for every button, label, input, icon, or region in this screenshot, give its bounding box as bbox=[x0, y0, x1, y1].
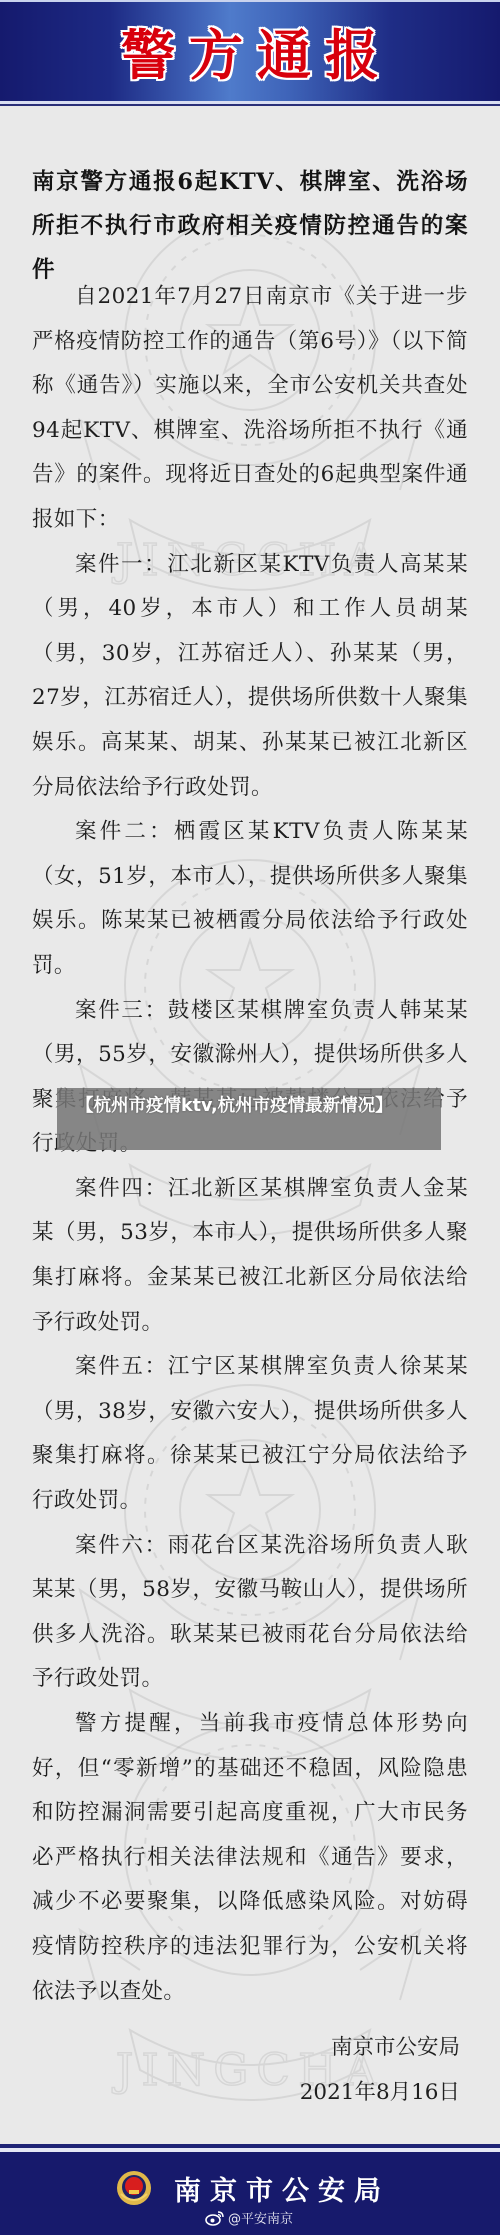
header-divider-dark bbox=[0, 104, 500, 106]
document-title: 南京警方通报6起KTV、棋牌室、洗浴场所拒不执行市政府相关疫情防控通告的案件 bbox=[32, 160, 468, 292]
weibo-attribution: @平安南京 bbox=[205, 2208, 293, 2227]
signature-issuer: 南京市公安局 bbox=[280, 2025, 460, 2070]
header-banner: 警方通报 bbox=[0, 0, 500, 101]
case-paragraph-2: 案件二：栖霞区某KTV负责人陈某某（女，51岁，本市人），提供场所供多人聚集娱乐… bbox=[32, 810, 468, 988]
footer-banner: 南京市公安局 @平安南京 bbox=[0, 2152, 500, 2235]
case-paragraph-6: 案件六：雨花台区某洗浴场所负责人耿某某（男，58岁，安徽马鞍山人），提供场所供多… bbox=[32, 1524, 468, 1702]
weibo-icon bbox=[205, 2210, 225, 2226]
signature-block: 南京市公安局 2021年8月16日 bbox=[280, 2025, 460, 2115]
case-paragraph-5: 案件五：江宁区某棋牌室负责人徐某某（男，38岁，安徽六安人），提供场所供多人聚集… bbox=[32, 1345, 468, 1523]
case-paragraph-4: 案件四：江北新区某棋牌室负责人金某某（男，53岁，本市人），提供场所供多人聚集打… bbox=[32, 1167, 468, 1345]
weibo-handle: @平安南京 bbox=[228, 2208, 293, 2227]
case-paragraph-1: 案件一：江北新区某KTV负责人高某某（男，40岁，本市人）和工作人员胡某（男，3… bbox=[32, 543, 468, 811]
header-title: 警方通报 bbox=[0, 26, 500, 86]
caption-overlay-text: 【杭州市疫情ktv,杭州市疫情最新情况】 bbox=[76, 1093, 438, 1120]
footer-org-name: 南京市公安局 bbox=[174, 2169, 390, 2208]
footer-brand: 南京市公安局 bbox=[116, 2168, 390, 2208]
police-emblem-icon bbox=[116, 2170, 152, 2206]
intro-paragraph: 自2021年7月27日南京市《关于进一步严格疫情防控工作的通告（第6号）》（以下… bbox=[32, 275, 468, 543]
reminder-paragraph: 警方提醒，当前我市疫情总体形势向好，但“零新增”的基础还不稳固，风险隐患和防控漏… bbox=[32, 1702, 468, 2014]
signature-date: 2021年8月16日 bbox=[280, 2070, 460, 2115]
header-top-line bbox=[0, 0, 500, 2]
